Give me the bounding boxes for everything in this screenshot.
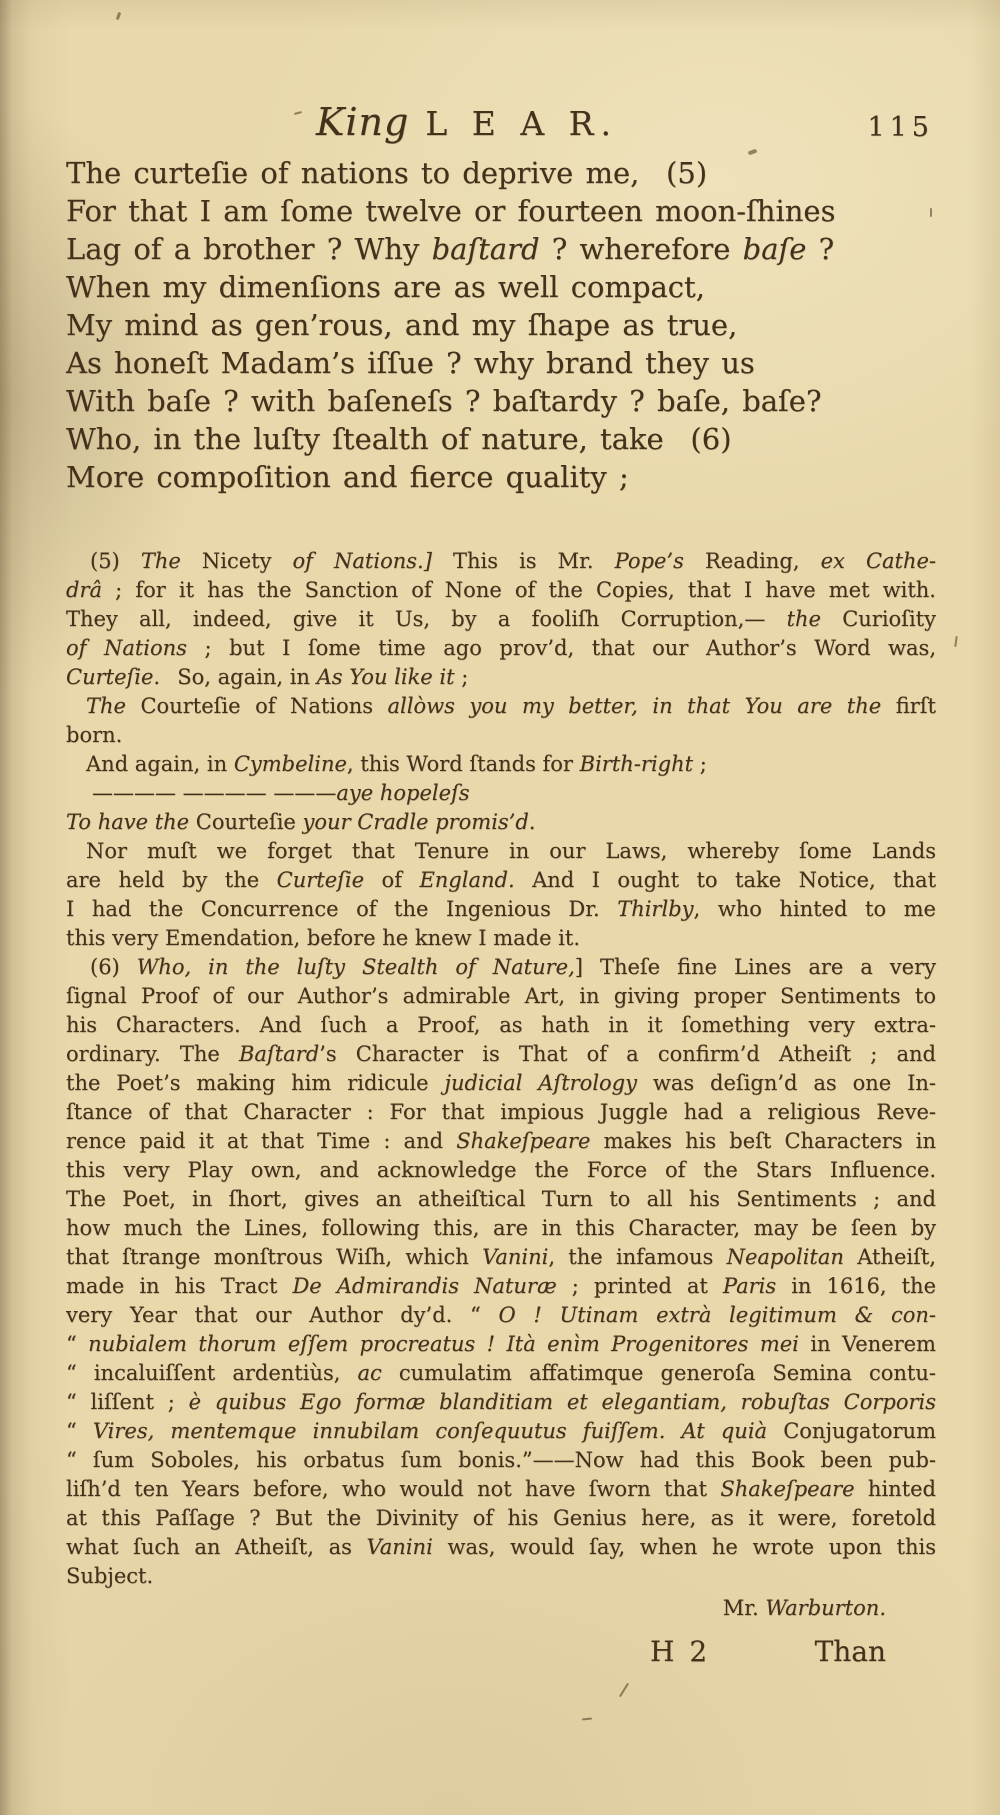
footnote-line: of Nations ; but I ſome time ago prov’d,… [66,634,936,663]
signature-mark: H 2 [650,1635,710,1668]
footnote-line: made in his Tract De Admirandis Naturæ ;… [66,1272,936,1301]
verse-line: My mind as gen’rous, and my ſhape as tru… [66,306,936,344]
footnote-line: are held by the Curteſie of England. And… [66,866,936,895]
footnote-line: “ Vires, mentemque innubilam conſequutus… [66,1417,936,1446]
footnote-line: this very Emendation, before he knew I m… [66,924,936,953]
footnote-line: “ nubialem thorum eſſem procreatus ! Ità… [66,1330,936,1359]
title-word-lear: L E A R. [425,104,618,143]
attribution-line: Mr. Warburton. [66,1594,886,1623]
footnote-line: his Characters. And ſuch a Proof, as hat… [66,1011,936,1040]
footnote-line: Nor muſt we forget that Tenure in our La… [66,837,936,866]
footnote-line: at this Paſſage ? But the Divinity of hi… [66,1504,936,1533]
attribution: Mr. Warburton. [66,1594,936,1623]
footnote-line: ———— ———— ———aye hopeleſs [66,779,936,808]
catchword: Than [815,1635,886,1668]
ink-speck [930,208,932,217]
ink-speck [619,1683,629,1698]
verse-block: The curteſie of nations to deprive me, (… [66,154,936,496]
verse-line: With baſe ? with baſeneſs ? baſtardy ? b… [66,382,936,420]
ink-speck [116,12,122,21]
footnote-line: To have the Courteſie your Cradle promis… [66,808,936,837]
footnote-line: how much the Lines, following this, are … [66,1214,936,1243]
page-number: 115 [867,112,934,143]
bottom-row: H 2 Than [66,1635,936,1677]
footnote-line: (5) The Nicety of Nations.] This is Mr. … [66,547,936,576]
verse-line: Who, in the luſty ſtealth of nature, tak… [66,420,936,458]
footnote-line: ſignal Proof of our Author’s admirable A… [66,982,936,1011]
verse-line: When my dimenſions are as well compact, [66,268,936,306]
footnote-line: ſtance of that Character : For that impi… [66,1098,936,1127]
footnote-line: born. [66,721,936,750]
footnote-line: ordinary. The Baſtard’s Character is Tha… [66,1040,936,1069]
footnote-line: the Poet’s making him ridicule judicial … [66,1069,936,1098]
footnote-line: liſh’d ten Years before, who would not h… [66,1475,936,1504]
verse-line: Lag of a brother ? Why baſtard ? wherefo… [66,230,936,268]
verse-line: As honeſt Madam’s iſſue ? why brand they… [66,344,936,382]
footnote-line: this very Play own, and acknowledge the … [66,1156,936,1185]
footnote-line: drâ ; for it has the Sanction of None of… [66,576,936,605]
footnote-line: Subject. [66,1562,936,1591]
ink-speck [520,438,523,441]
footnote-line: I had the Concurrence of the Ingenious D… [66,895,936,924]
footnote-line: “ liſſent ; è quibus Ego formæ blanditia… [66,1388,936,1417]
title-word-king: King [316,100,409,144]
footnote-line: rence paid it at that Time : and Shakeſp… [66,1127,936,1156]
ink-speck [954,636,958,647]
footnote-line: Curteſie. So, again, in As You like it ; [66,663,936,692]
verse-line: For that I am ſome twelve or fourteen mo… [66,192,936,230]
footnote-line: They all, indeed, give it Us, by a fooli… [66,605,936,634]
footnotes-block: (5) The Nicety of Nations.] This is Mr. … [66,547,936,1591]
footnote-line: The Courteſie of Nations allòws you my b… [66,692,936,721]
book-page: KingL E A R. 115 The curteſie of nations… [0,0,1000,1815]
footnote-line: “ ſum Soboles, his orbatus ſum bonis.”——… [66,1446,936,1475]
page-header: KingL E A R. 115 [66,100,936,152]
footnote-line: very Year that our Author dy’d. “ O ! Ut… [66,1301,936,1330]
footnote-line: (6) Who, in the luſty Stealth of Nature,… [66,953,936,982]
footnote-line: that ſtrange monſtrous Wiſh, which Vanin… [66,1243,936,1272]
footnote-line: The Poet, in ſhort, gives an atheiſtical… [66,1185,936,1214]
verse-line: More compoſition and fierce quality ; [66,458,936,496]
footnote-line: what ſuch an Atheiſt, as Vanini was, wou… [66,1533,936,1562]
footnote-line: “ incaluiſſent ardentiùs, ac cumulatim a… [66,1359,936,1388]
verse-line: The curteſie of nations to deprive me, (… [66,154,936,192]
page-title: KingL E A R. [32,100,902,144]
ink-speck [582,1717,592,1720]
footnote-line: And again, in Cymbeline, this Word ſtand… [66,750,936,779]
